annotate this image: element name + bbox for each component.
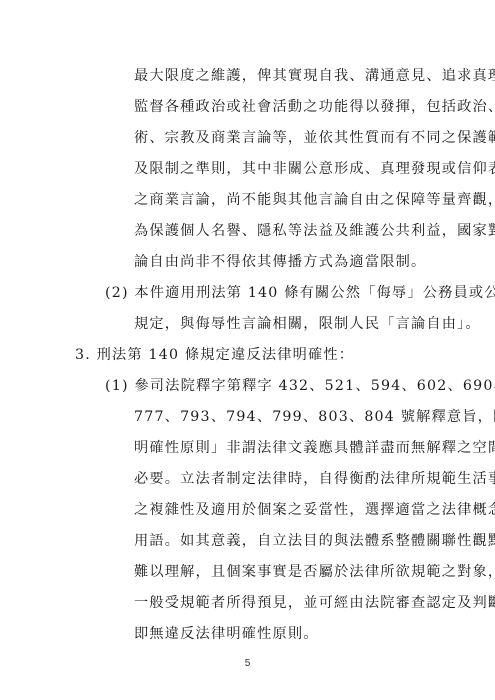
paragraph-line: 之複雜性及適用於個案之妥當性，選擇適當之法律概念與: [134, 501, 495, 519]
paragraph-line: 論自由尚非不得依其傳播方式為適當限制。: [134, 253, 426, 271]
paragraph-line: 為保護個人名譽、隱私等法益及維護公共利益，國家對言: [134, 222, 495, 240]
paragraph-line: 明確性原則」非謂法律文義應具體詳盡而無解釋之空間或: [134, 439, 495, 457]
document-page: 最大限度之維護，俾其實現自我、溝通意見、追求真理及 監督各種政治或社會活動之功能…: [0, 0, 495, 700]
list-item-2: (2) 本件適用刑法第 140 條有關公然「侮辱」公務員或公署之: [105, 284, 495, 302]
page-number: 5: [0, 658, 495, 669]
paragraph-line: 一般受規範者所得預見，並可經由法院審查認定及判斷者，: [134, 594, 495, 612]
paragraph-line: 監督各種政治或社會活動之功能得以發揮，包括政治、學: [134, 98, 495, 116]
paragraph-line: 及限制之準則，其中非關公意形成、真理發現或信仰表達: [134, 160, 495, 178]
paragraph-line: 難以理解，且個案事實是否屬於法律所欲規範之對象，為: [134, 563, 495, 581]
paragraph-line: 之商業言論，尚不能與其他言論自由之保障等量齊觀，惟: [134, 191, 495, 209]
paragraph-line: 即無違反法律明確性原則。: [134, 625, 319, 643]
paragraph-line: 777、793、794、799、803、804 號解釋意旨，闡釋「法律: [134, 408, 495, 426]
paragraph-line: 最大限度之維護，俾其實現自我、溝通意見、追求真理及: [134, 67, 495, 85]
paragraph-line: 必要。立法者制定法律時，自得衡酌法律所規範生活事實: [134, 470, 495, 488]
section-heading-3: 3. 刑法第 140 條規定違反法律明確性：: [75, 346, 354, 364]
paragraph-line: 術、宗教及商業言論等，並依其性質而有不同之保護範疇: [134, 129, 495, 147]
paragraph-line: 用語。如其意義，自立法目的與法體系整體關聯性觀點非: [134, 532, 495, 550]
paragraph-line: 規定，與侮辱性言論相關，限制人民「言論自由」。: [134, 315, 481, 333]
list-item-1: (1) 參司法院釋字第釋字 432、521、594、602、690、768、: [105, 377, 495, 395]
